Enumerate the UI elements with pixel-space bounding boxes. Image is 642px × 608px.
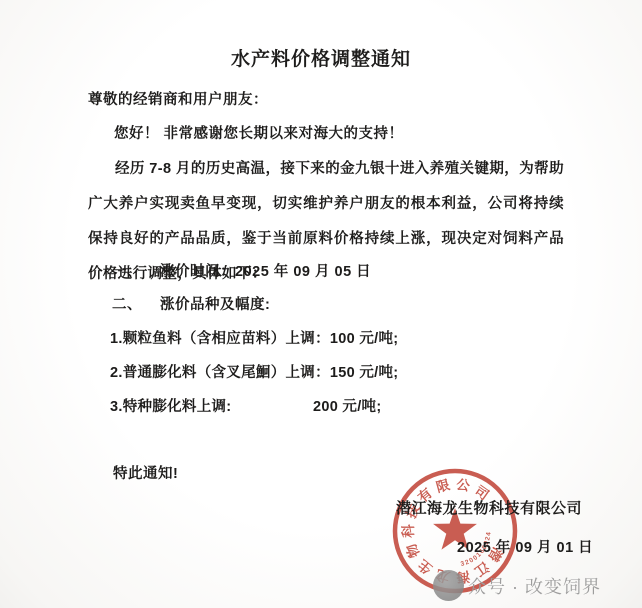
page-title: 水产料价格调整通知: [0, 44, 642, 71]
watermark: 众号 · 改变饲界: [433, 570, 601, 601]
svg-text:限: 限: [435, 477, 452, 495]
official-account-logo-icon: [433, 570, 464, 601]
svg-text:生: 生: [414, 556, 435, 577]
section-text: 涨价品种及幅度:: [160, 293, 270, 314]
section-price-items: 二、 涨价品种及幅度:: [112, 293, 270, 314]
price-item-value: 150 元/吨;: [330, 361, 398, 382]
price-item: 2.普通膨化料（含叉尾鮰）上调： 150 元/吨;: [110, 361, 398, 382]
price-item: 3.特种膨化料上调: 200 元/吨;: [110, 395, 381, 416]
notice-document: 水产料价格调整通知 尊敬的经销商和用户朋友： 您好！ 非常感谢您长期以来对海大的…: [0, 0, 642, 608]
greeting-line: 您好！ 非常感谢您长期以来对海大的支持！: [114, 122, 404, 143]
price-item-value: 200 元/吨;: [313, 395, 381, 416]
section-number: 一、: [112, 260, 160, 281]
price-item: 1.颗粒鱼料（含相应苗料）上调： 100 元/吨;: [110, 327, 398, 348]
section-text: 涨价时间：2025 年 09 月 05 日: [160, 260, 371, 281]
closing-line: 特此通知!: [113, 462, 178, 483]
signature-company: 潜江海龙生物科技有限公司: [396, 497, 582, 518]
section-price-date: 一、 涨价时间：2025 年 09 月 05 日: [112, 260, 371, 281]
section-number: 二、: [112, 293, 160, 314]
signature-date: 2025 年 09 月 01 日: [457, 536, 593, 557]
salutation-line: 尊敬的经销商和用户朋友：: [88, 88, 268, 109]
svg-text:公: 公: [455, 477, 471, 494]
svg-text:物: 物: [402, 541, 422, 560]
price-item-label: 1.颗粒鱼料（含相应苗料）上调：: [110, 327, 330, 348]
price-item-label: 3.特种膨化料上调:: [110, 395, 313, 416]
price-item-value: 100 元/吨;: [330, 327, 398, 348]
watermark-text: 众号 · 改变饲界: [468, 573, 601, 599]
price-item-label: 2.普通膨化料（含叉尾鮰）上调：: [110, 361, 330, 382]
svg-text:科: 科: [400, 524, 416, 538]
